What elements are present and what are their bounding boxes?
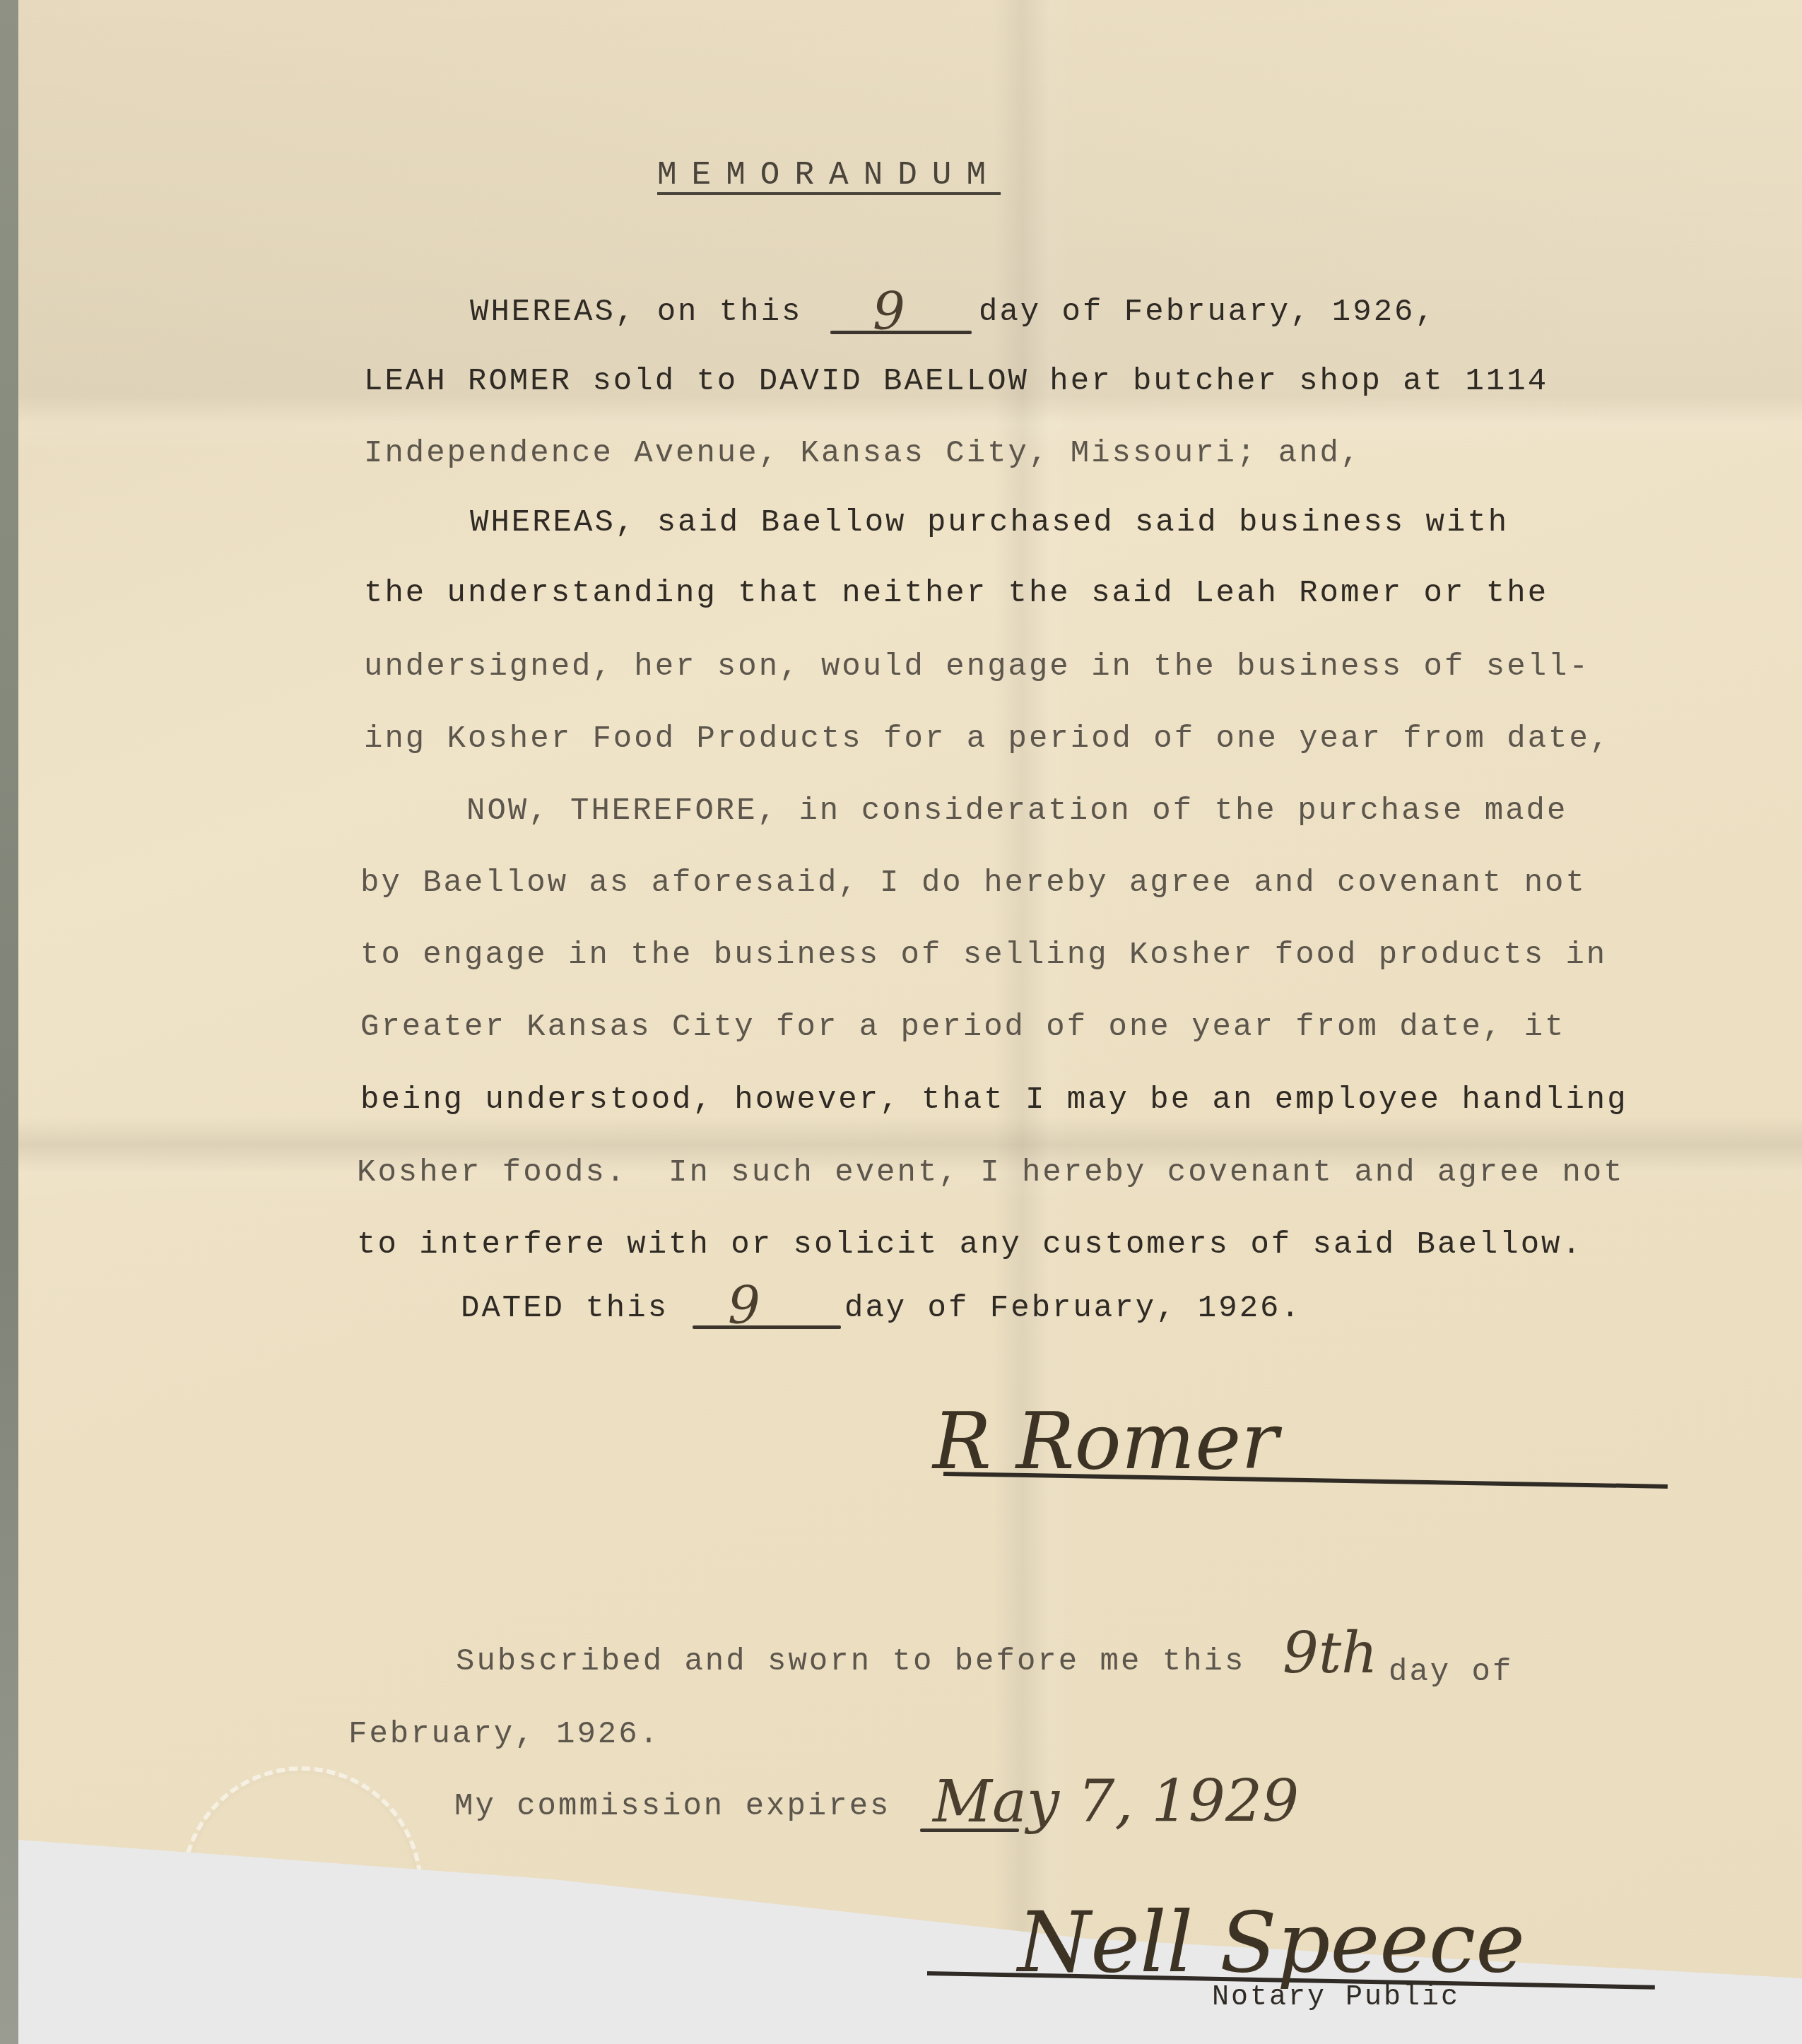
handwritten-notary-day: 9th	[1283, 1625, 1378, 1682]
para3-line5: being understood, however, that I may be…	[360, 1085, 1628, 1116]
para1-line3: Independence Avenue, Kansas City, Missou…	[364, 438, 1361, 469]
para3-line1: NOW, THEREFORE, in consideration of the …	[466, 796, 1567, 827]
para3-line4: Greater Kansas City for a period of one …	[360, 1012, 1565, 1043]
para1-line1-prefix: WHEREAS, on this	[470, 297, 802, 328]
dated-suffix: day of February, 1926.	[844, 1293, 1302, 1324]
para2-line1: WHEREAS, said Baellow purchased said bus…	[470, 507, 1509, 538]
scanner-edge	[0, 0, 18, 2044]
notary-public-label: Notary Public	[1212, 1984, 1460, 2012]
signature-r-romer: R Romer	[933, 1402, 1278, 1480]
commission-label: My commission expires	[454, 1791, 891, 1822]
notary-line1-prefix: Subscribed and sworn to before me this	[456, 1646, 1245, 1677]
notary-line2: February, 1926.	[348, 1719, 660, 1750]
document-title: MEMORANDUM	[657, 157, 1001, 194]
dated-blank-line	[693, 1325, 841, 1329]
para3-line3: to engage in the business of selling Kos…	[360, 940, 1607, 971]
para3-line2: by Baellow as aforesaid, I do hereby agr…	[360, 868, 1586, 899]
embossed-seal-icon	[181, 1766, 423, 2008]
para2-line2: the understanding that neither the said …	[364, 578, 1548, 609]
dated-prefix: DATED this	[461, 1293, 669, 1324]
para2-line3: undersigned, her son, would engage in th…	[364, 651, 1590, 683]
handwritten-commission-date: May 7, 1929	[933, 1773, 1299, 1831]
para3-line6: Kosher foods. In such event, I hereby co…	[357, 1157, 1625, 1188]
memorandum-page	[18, 0, 1802, 1978]
handwritten-dated-day: 9	[728, 1280, 760, 1331]
notary-line1-suffix: day of	[1389, 1657, 1513, 1688]
para1-line1-suffix: day of February, 1926,	[979, 297, 1436, 328]
para2-line4: ing Kosher Food Products for a period of…	[364, 723, 1610, 755]
para1-line2: LEAH ROMER sold to DAVID BAELLOW her but…	[364, 366, 1548, 397]
signature-nell-speece: Nell Speece	[1018, 1901, 1525, 1984]
handwritten-day: 9	[873, 286, 905, 337]
para3-line7: to interfere with or solicit any custome…	[357, 1229, 1583, 1260]
